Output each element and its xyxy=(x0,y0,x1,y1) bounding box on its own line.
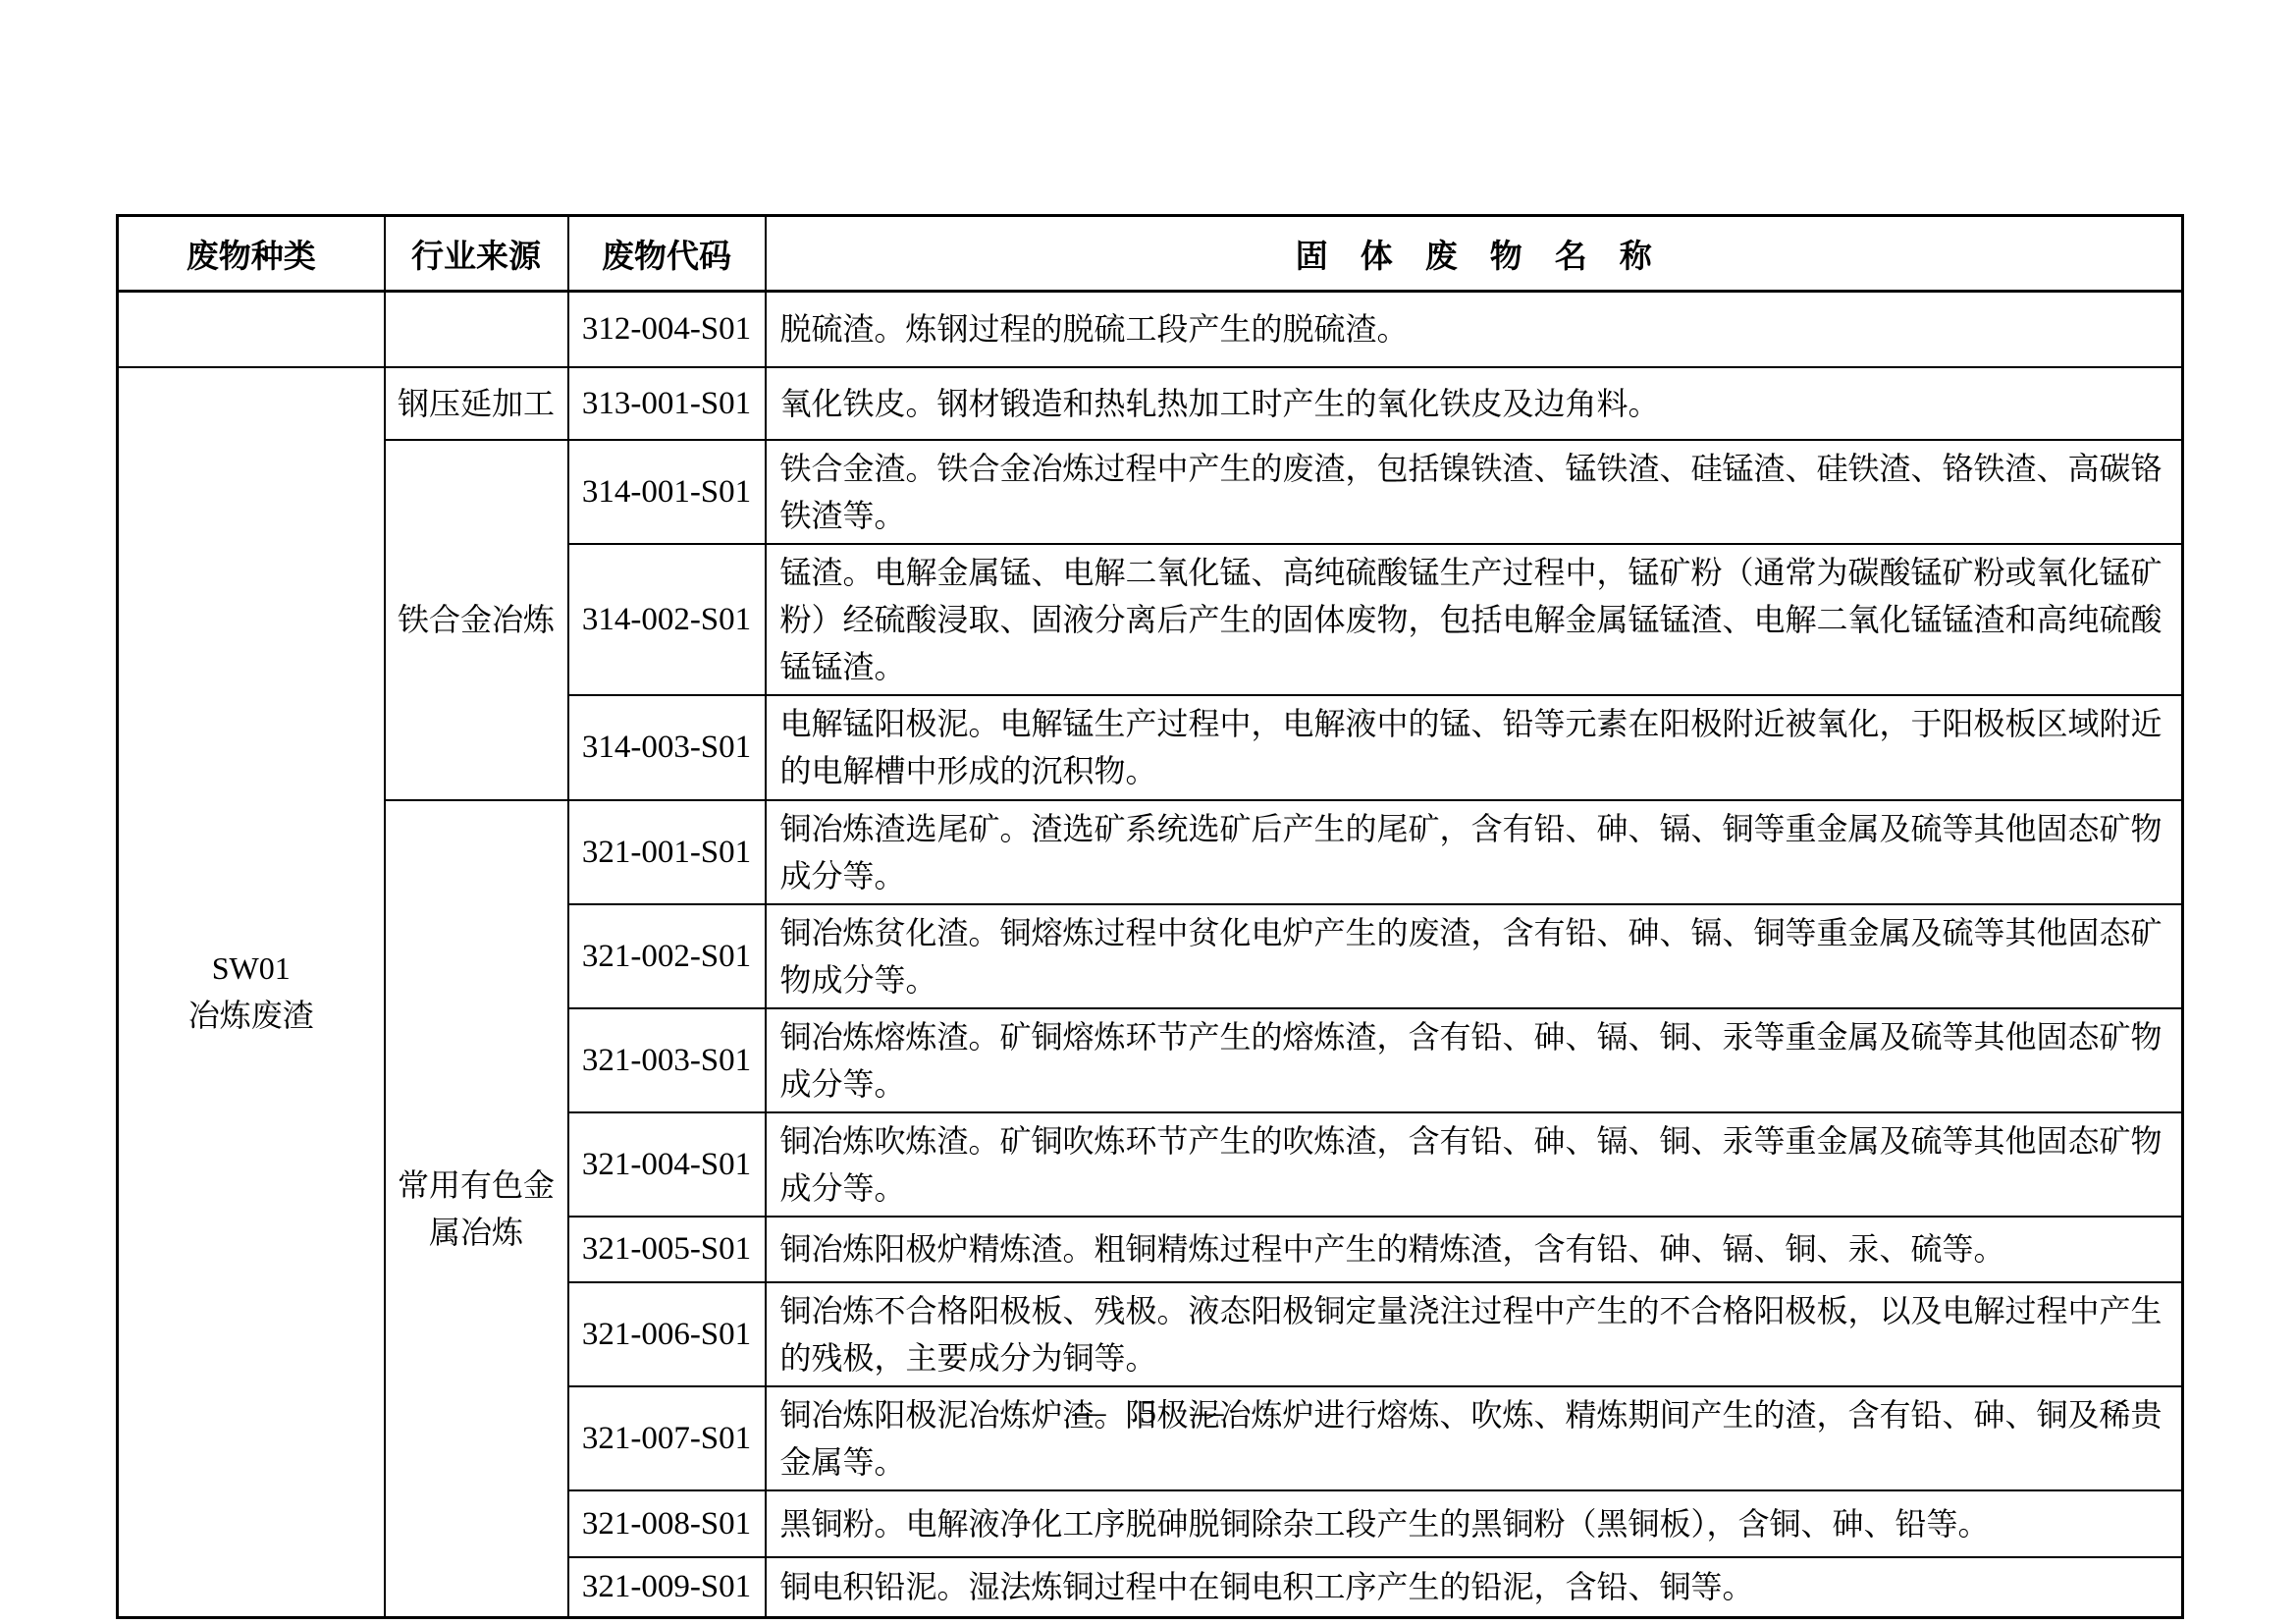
code-cell: 321-005-S01 xyxy=(568,1217,766,1282)
name-cell: 铜冶炼熔炼渣。矿铜熔炼环节产生的熔炼渣，含有铅、砷、镉、铜、汞等重金属及硫等其他… xyxy=(766,1008,2183,1112)
name-cell: 脱硫渣。炼钢过程的脱硫工段产生的脱硫渣。 xyxy=(766,292,2183,367)
name-cell: 氧化铁皮。钢材锻造和热轧热加工时产生的氧化铁皮及边角料。 xyxy=(766,367,2183,440)
header-industry-source: 行业来源 xyxy=(385,216,568,292)
code-cell: 313-001-S01 xyxy=(568,367,766,440)
header-waste-category: 废物种类 xyxy=(118,216,385,292)
name-cell: 铁合金渣。铁合金冶炼过程中产生的废渣，包括镍铁渣、锰铁渣、硅锰渣、硅铁渣、铬铁渣… xyxy=(766,440,2183,544)
table-row: SW01 冶炼废渣 钢压延加工 313-001-S01 氧化铁皮。钢材锻造和热轧… xyxy=(118,367,2183,440)
page-number: — 5 — xyxy=(0,1394,2296,1432)
name-cell: 铜冶炼吹炼渣。矿铜吹炼环节产生的吹炼渣，含有铅、砷、镉、铜、汞等重金属及硫等其他… xyxy=(766,1112,2183,1217)
table-row: 常用有色金属冶炼 321-001-S01 铜冶炼渣选尾矿。渣选矿系统选矿后产生的… xyxy=(118,800,2183,904)
table-row: 铁合金冶炼 314-001-S01 铁合金渣。铁合金冶炼过程中产生的废渣，包括镍… xyxy=(118,440,2183,544)
empty-category-cell xyxy=(118,292,385,367)
code-cell: 321-001-S01 xyxy=(568,800,766,904)
code-cell: 321-004-S01 xyxy=(568,1112,766,1217)
name-cell: 铜冶炼阳极炉精炼渣。粗铜精炼过程中产生的精炼渣，含有铅、砷、镉、铜、汞、硫等。 xyxy=(766,1217,2183,1282)
empty-industry-cell xyxy=(385,292,568,367)
category-id: SW01 xyxy=(127,945,376,992)
name-cell: 铜冶炼不合格阳极板、残极。液态阳极铜定量浇注过程中产生的不合格阳极板，以及电解过… xyxy=(766,1282,2183,1386)
name-cell: 铜冶炼渣选尾矿。渣选矿系统选矿后产生的尾矿，含有铅、砷、镉、铜等重金属及硫等其他… xyxy=(766,800,2183,904)
name-cell: 铜电积铅泥。湿法炼铜过程中在铜电积工序产生的铅泥，含铅、铜等。 xyxy=(766,1557,2183,1618)
code-cell: 321-006-S01 xyxy=(568,1282,766,1386)
industry-cell: 铁合金冶炼 xyxy=(385,440,568,800)
code-cell: 314-003-S01 xyxy=(568,695,766,800)
code-cell: 321-003-S01 xyxy=(568,1008,766,1112)
name-cell: 锰渣。电解金属锰、电解二氧化锰、高纯硫酸锰生产过程中，锰矿粉（通常为碳酸锰矿粉或… xyxy=(766,544,2183,695)
document-page: 废物种类 行业来源 废物代码 固 体 废 物 名 称 312-004-S01 脱… xyxy=(0,0,2296,1624)
industry-cell: 钢压延加工 xyxy=(385,367,568,440)
category-name: 冶炼废渣 xyxy=(127,992,376,1039)
code-cell: 321-009-S01 xyxy=(568,1557,766,1618)
name-cell: 电解锰阳极泥。电解锰生产过程中，电解液中的锰、铅等元素在阳极附近被氧化，于阳极板… xyxy=(766,695,2183,800)
table-row: 312-004-S01 脱硫渣。炼钢过程的脱硫工段产生的脱硫渣。 xyxy=(118,292,2183,367)
header-row: 废物种类 行业来源 废物代码 固 体 废 物 名 称 xyxy=(118,216,2183,292)
header-solid-waste-name: 固 体 废 物 名 称 xyxy=(766,216,2183,292)
code-cell: 314-001-S01 xyxy=(568,440,766,544)
code-cell: 312-004-S01 xyxy=(568,292,766,367)
code-cell: 321-008-S01 xyxy=(568,1490,766,1557)
name-cell: 铜冶炼贫化渣。铜熔炼过程中贫化电炉产生的废渣，含有铅、砷、镉、铜等重金属及硫等其… xyxy=(766,904,2183,1008)
code-cell: 321-002-S01 xyxy=(568,904,766,1008)
industry-cell: 常用有色金属冶炼 xyxy=(385,800,568,1618)
name-cell: 黑铜粉。电解液净化工序脱砷脱铜除杂工段产生的黑铜粉（黑铜板），含铜、砷、铅等。 xyxy=(766,1490,2183,1557)
header-waste-code: 废物代码 xyxy=(568,216,766,292)
code-cell: 314-002-S01 xyxy=(568,544,766,695)
